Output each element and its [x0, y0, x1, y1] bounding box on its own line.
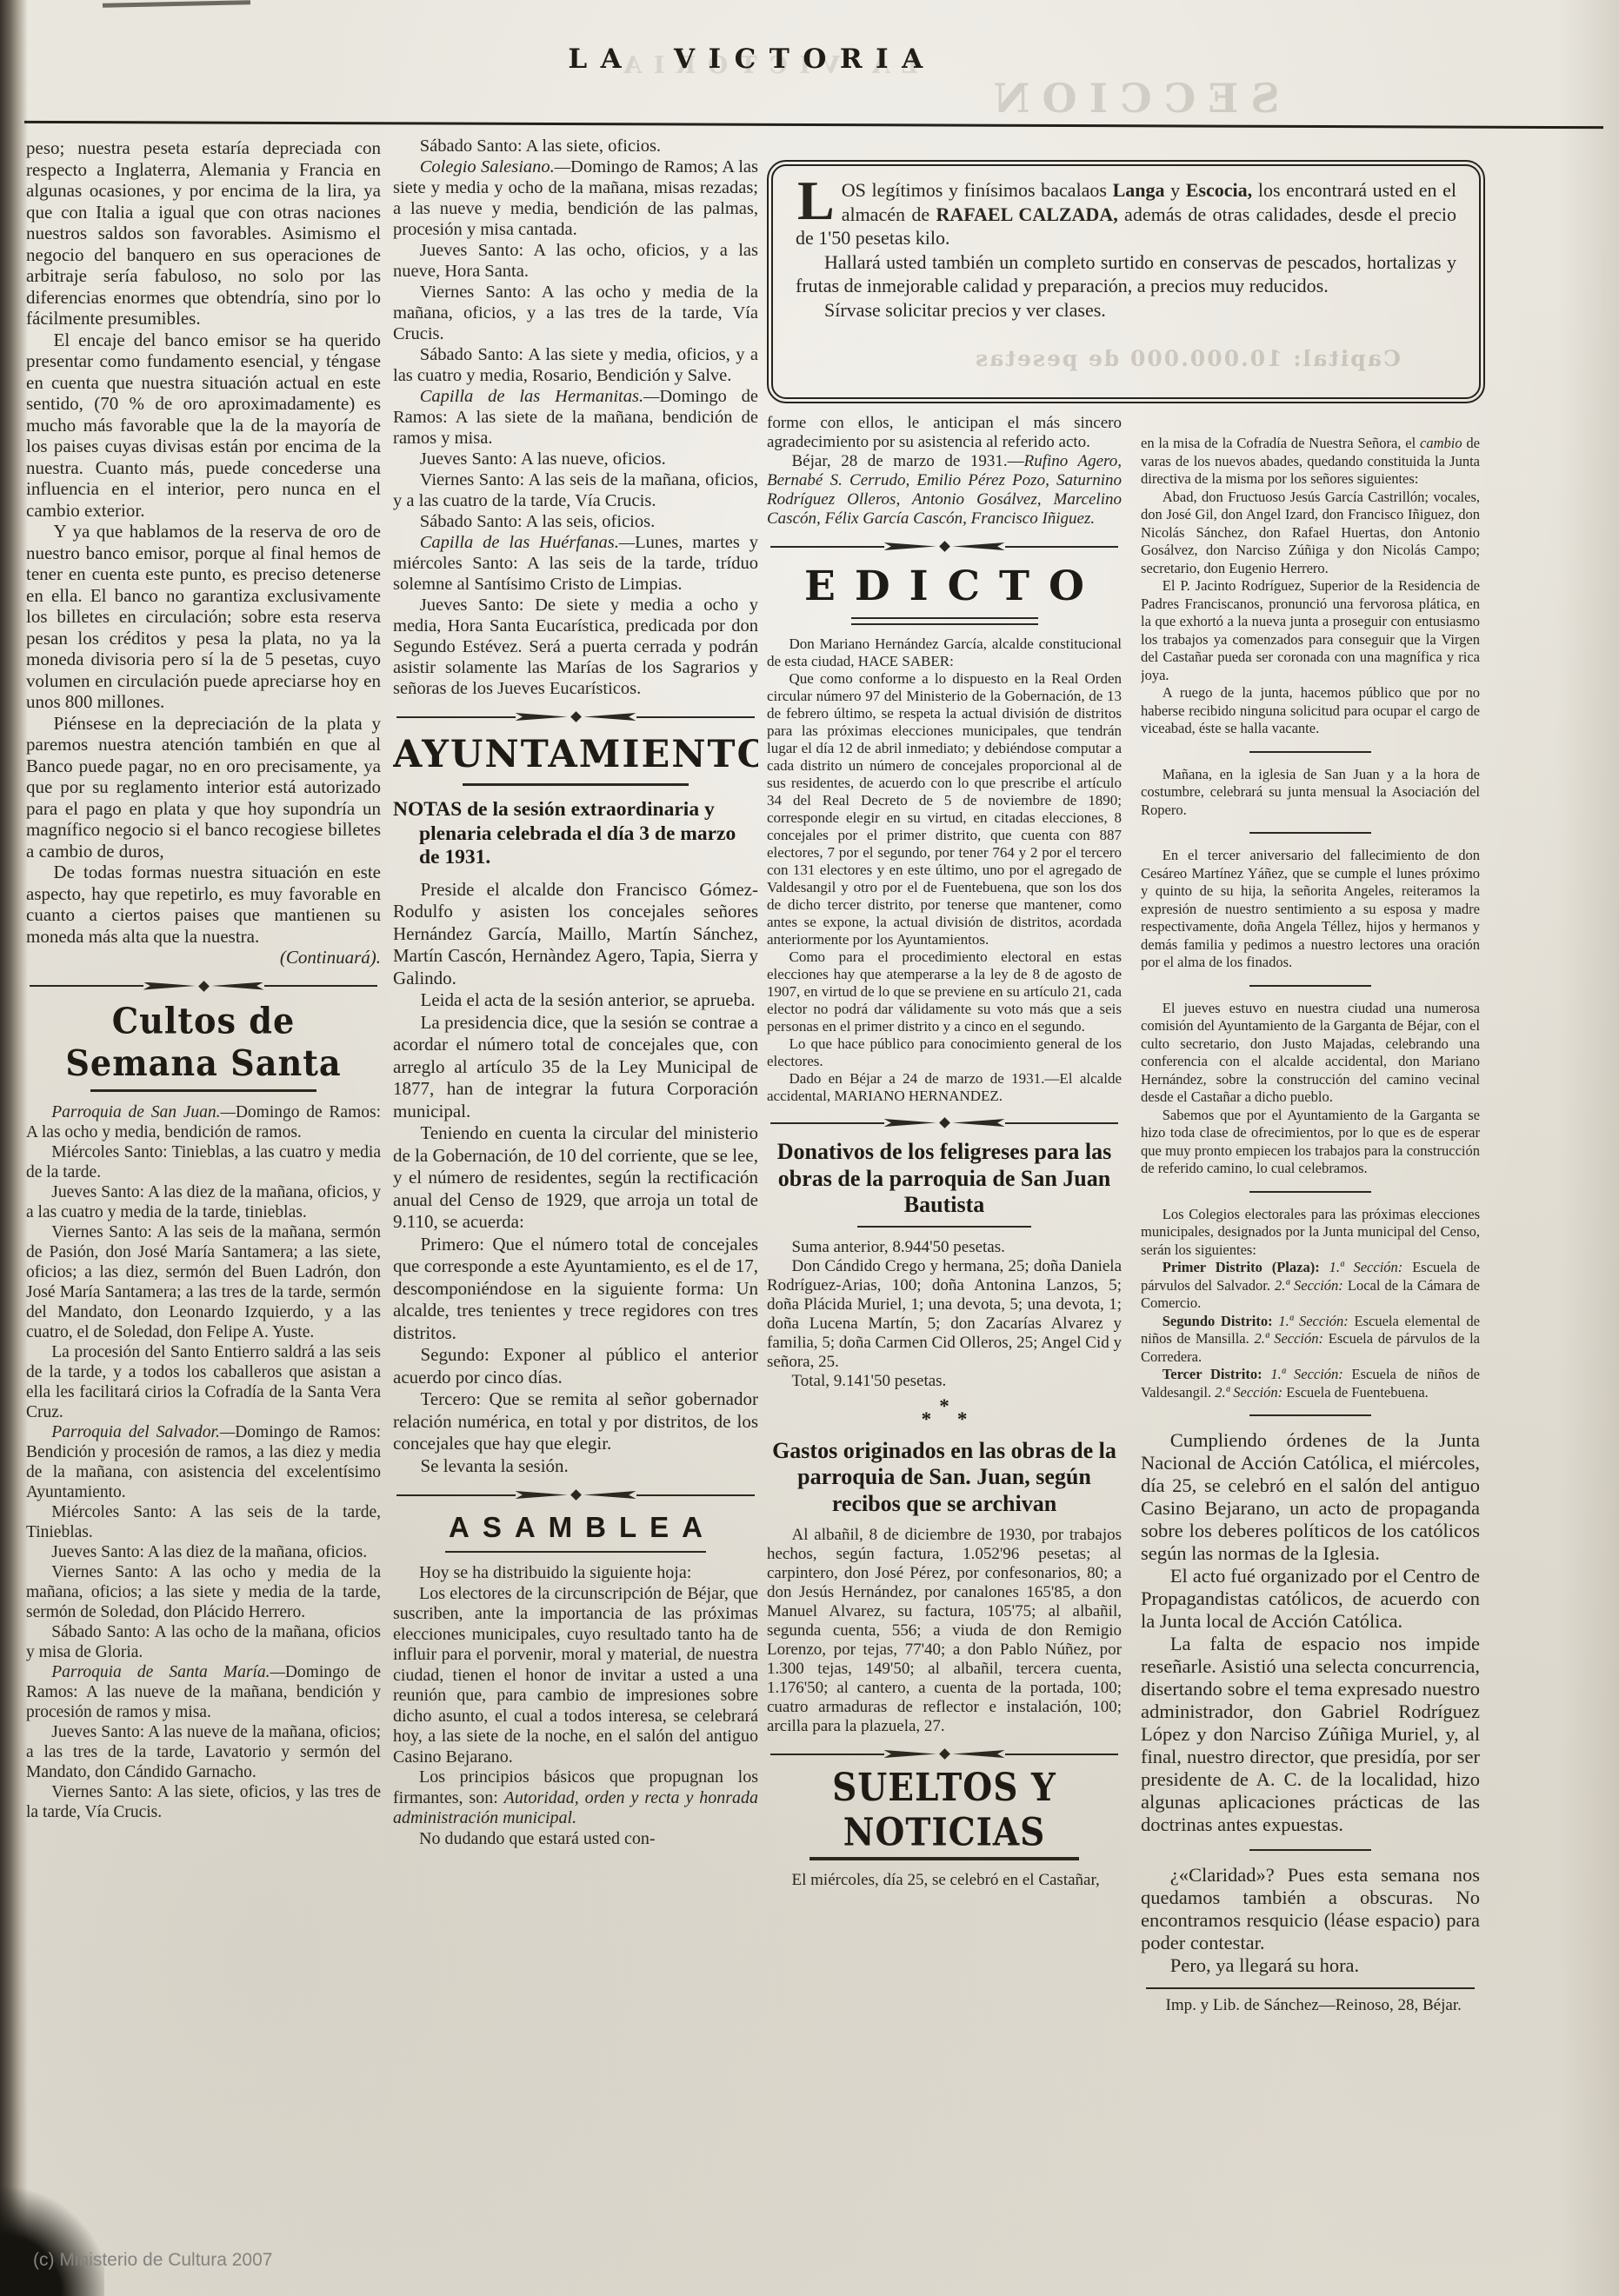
text-run: Lo que hace público para conocimiento ge… [767, 1035, 1122, 1069]
text-run: 1.ª Sección: [1329, 1259, 1413, 1275]
ornament [953, 542, 1005, 550]
paragraph: El acto fué organizado por el Centro de … [1141, 1565, 1480, 1633]
paragraph: Segundo Distrito: 1.ª Sección: Escuela e… [1141, 1313, 1480, 1367]
paragraph: Y ya que hablamos de la reserva de oro d… [26, 521, 381, 713]
text-run: El jueves estuvo en nuestra ciudad una n… [1141, 1000, 1480, 1106]
heading-text: ASAMBLEA [393, 1511, 758, 1544]
text-run: Sábado Santo: A las siete y media, ofici… [393, 345, 758, 385]
ornament [516, 713, 568, 721]
text-run: RAFAEL CALZADA, [936, 203, 1117, 225]
heading-underline [809, 1857, 1079, 1860]
text-run: Jueves Santo: A las diez de la mañana, o… [26, 1183, 381, 1221]
text-run: Piénsese en la depreciación de la plata … [26, 713, 381, 862]
text-run: Los Colegios electorales para las próxim… [1141, 1206, 1480, 1258]
text-run: Y ya que hablamos de la reserva de oro d… [26, 521, 381, 712]
heading-gastos: Gastos originados en las obras de la par… [767, 1438, 1122, 1518]
paragraph: Capilla de las Hermanitas.—Domingo de Ra… [393, 386, 758, 449]
heading-asamblea: ASAMBLEA [393, 1511, 758, 1553]
ornament [939, 1117, 950, 1128]
paragraph: Viernes Santo: A las seis de la mañana, … [26, 1222, 381, 1342]
text-run: La procesión del Santo Entierro saldrá a… [26, 1343, 381, 1421]
text-run: Capilla de las Huérfanas.— [420, 533, 635, 552]
text-run: Imp. y Lib. de Sánchez—Reinoso, 28, Béja… [1166, 1996, 1462, 2014]
text-run: Preside el alcalde don Francisco Gómez-R… [393, 879, 758, 988]
ornament-divider [396, 1491, 755, 1499]
paragraph: El miércoles, día 25, se celebró en el C… [767, 1871, 1122, 1890]
paragraph: (Continuará). [26, 947, 381, 968]
paragraph: Los Colegios electorales para las próxim… [1141, 1206, 1480, 1260]
text-run: Tercer Distrito: [1163, 1366, 1271, 1382]
heading-cultos: Cultos de Semana Santa [26, 1002, 381, 1092]
column-3: forme con ellos, le anticipan el más sin… [767, 414, 1122, 2262]
text-run: El encaje del banco emisor se ha querido… [26, 329, 381, 521]
newspaper-scan-page: { "masthead": { "title": "LA VICTORIA" }… [0, 0, 1619, 2296]
paragraph: El jueves estuvo en nuestra ciudad una n… [1141, 1000, 1480, 1107]
paragraph: Parroquia de Santa María.—Domingo de Ram… [26, 1662, 381, 1722]
ornament [212, 982, 264, 990]
text-run: El P. Jacinto Rodríguez, Superior de la … [1141, 577, 1480, 683]
paragraph: Los electores de la circunscripción de B… [393, 1584, 758, 1768]
masthead-rule [24, 121, 1603, 129]
asterism: ** * [767, 1400, 1122, 1426]
heading-text: NOTAS de la sesión extraordinaria y plen… [393, 798, 758, 870]
text-run: 2.ª Sección: [1215, 1384, 1286, 1401]
section-rule [1249, 985, 1371, 987]
ornament [570, 1489, 582, 1501]
paragraph: La falta de espacio nos impide reseñarle… [1141, 1633, 1480, 1836]
text-run: Escuela de Fuentebuena. [1286, 1384, 1429, 1401]
paragraph: Parroquia de San Juan.—Domingo de Ramos:… [26, 1102, 381, 1142]
bleedthrough-section-text: SECCION [826, 75, 1435, 122]
text-run: Viernes Santo: A las ocho y media de la … [393, 283, 758, 343]
paragraph: En el tercer aniversario del fallecimien… [1141, 847, 1480, 972]
paragraph: Miércoles Santo: Tinieblas, a las cuatro… [26, 1142, 381, 1182]
text-run: Parroquia del Salvador.— [51, 1423, 235, 1441]
paragraph: Béjar, 28 de marzo de 1931.—Rufino Agero… [767, 452, 1122, 529]
paragraph: Jueves Santo: A las ocho, oficios, y a l… [393, 240, 758, 282]
text-run: Viernes Santo: A las siete, oficios, y l… [26, 1783, 381, 1821]
text-run: y [1165, 179, 1186, 201]
paragraph: Jueves Santo: A las diez de la mañana, o… [26, 1182, 381, 1222]
paragraph: Segundo: Exponer al público el anterior … [393, 1344, 758, 1388]
paragraph: Hoy se ha distribuido la siguiente hoja: [393, 1563, 758, 1584]
ornament [1005, 1122, 1119, 1124]
text-run: La presidencia dice, que la sesión se co… [393, 1012, 758, 1121]
heading-underline [857, 1226, 1031, 1228]
paragraph: Se levanta la sesión. [393, 1455, 758, 1478]
paragraph: No dudando que estará usted con- [393, 1829, 758, 1850]
paragraph: Capilla de las Huérfanas.—Lunes, martes … [393, 532, 758, 595]
paragraph: Los principios básicos que propugnan los… [393, 1767, 758, 1829]
heading-text: AYUNTAMIENTO [393, 733, 758, 776]
text-run: Se levanta la sesión. [421, 1455, 569, 1476]
paragraph: Preside el alcalde don Francisco Gómez-R… [393, 879, 758, 990]
paragraph: El P. Jacinto Rodríguez, Superior de la … [1141, 577, 1480, 684]
paragraph: Primer Distrito (Plaza): 1.ª Sección: Es… [1141, 1259, 1480, 1313]
paragraph: Leida el acta de la sesión anterior, se … [393, 989, 758, 1012]
paragraph: Piénsese en la depreciación de la plata … [26, 713, 381, 862]
text-run: (Continuará). [280, 947, 381, 968]
paragraph: peso; nuestra peseta estaría depreciada … [26, 137, 381, 329]
ad-line: Hallará usted también un completo surtid… [796, 250, 1456, 298]
text-run: en la misa de la Cofradía de Nuestra Señ… [1141, 435, 1420, 451]
text-run: Sábado Santo: A las seis, oficios. [420, 512, 655, 531]
paragraph: La procesión del Santo Entierro saldrá a… [26, 1342, 381, 1422]
text-run: Viernes Santo: A las seis de la mañana, … [26, 1223, 381, 1341]
ornament-divider [770, 542, 1118, 550]
paragraph: Tercero: Que se remita al señor gobernad… [393, 1388, 758, 1455]
book-spine-shadow [0, 0, 28, 2296]
text-run: Segundo: Exponer al público el anterior … [393, 1344, 758, 1388]
subheading-notas: NOTAS de la sesión extraordinaria y plen… [393, 798, 758, 870]
text-run: Parroquia de San Juan.— [51, 1103, 236, 1121]
text-run: Pero, ya llegará su hora. [1170, 1954, 1359, 1976]
text-run: Teniendo en cuenta la circular del minis… [393, 1122, 758, 1232]
text-run: Parroquia de Santa María.— [51, 1663, 285, 1681]
ornament [953, 1750, 1005, 1758]
text-run: El acto fué organizado por el Centro de … [1141, 1565, 1480, 1632]
text-run: Jueves Santo: A las nueve de la mañana, … [26, 1723, 381, 1781]
text-run: 2.ª Sección: [1255, 1330, 1329, 1347]
text-run: 2.ª Sección: [1275, 1277, 1348, 1294]
text-run: Primero: Que el número total de concejal… [393, 1234, 758, 1343]
paragraph: Al albañil, 8 de diciembre de 1930, por … [767, 1526, 1122, 1736]
advertisement-rafael-calzada: LOS legítimos y finísimos bacalaos Langa… [767, 160, 1485, 403]
text-run: Que como conforme a lo dispuesto en la R… [767, 670, 1122, 948]
text-run: Escocia, [1186, 179, 1252, 201]
text-run: Leida el acta de la sesión anterior, se … [421, 989, 756, 1010]
text-run: Como para el procedimiento electoral en … [767, 948, 1122, 1035]
paragraph: Sábado Santo: A las siete, oficios. [393, 136, 758, 156]
text-run: Total, 9.141'50 pesetas. [792, 1372, 947, 1390]
paragraph: Viernes Santo: A las siete, oficios, y l… [26, 1782, 381, 1822]
paragraph: ¿«Claridad»? Pues esta semana nos quedam… [1141, 1864, 1480, 1954]
ornament [396, 1494, 516, 1496]
ornament [770, 1122, 884, 1124]
ornament [884, 542, 936, 550]
heading-donativos: Donativos de los feligreses para las obr… [767, 1139, 1122, 1228]
text-run: cambio [1420, 435, 1462, 451]
paragraph: Don Cándido Crego y hermana, 25; doña Da… [767, 1257, 1122, 1372]
column-1: peso; nuestra peseta estaría depreciada … [26, 137, 381, 2250]
ornament [198, 981, 210, 992]
text-run: Suma anterior, 8.944'50 pesetas. [792, 1238, 1005, 1256]
text-run: Sírvase solicitar precios y ver clases. [824, 299, 1106, 321]
heading-text: Gastos originados en las obras de la par… [767, 1438, 1122, 1518]
text-run: Miércoles Santo: Tinieblas, a las cuatro… [26, 1143, 381, 1181]
section-rule [1249, 832, 1371, 834]
text-run: Jueves Santo: A las ocho, oficios, y a l… [393, 241, 758, 281]
paragraph: Lo que hace público para conocimiento ge… [767, 1035, 1122, 1070]
paragraph: Suma anterior, 8.944'50 pesetas. [767, 1238, 1122, 1257]
heading-underline [463, 783, 689, 786]
text-run: ¿«Claridad»? Pues esta semana nos quedam… [1141, 1864, 1480, 1953]
text-run: La falta de espacio nos impide reseñarle… [1141, 1633, 1480, 1835]
paragraph: A ruego de la junta, hacemos público que… [1141, 684, 1480, 738]
imprint-rule [1146, 1987, 1475, 1989]
ornament [584, 713, 636, 721]
text-run: peso; nuestra peseta estaría depreciada … [26, 137, 381, 329]
ad-line: LOS legítimos y finísimos bacalaos Langa… [796, 178, 1456, 250]
text-run: OS legítimos y finísimos bacalaos [842, 179, 1113, 201]
heading-text: EDICTO [767, 562, 1122, 610]
text-run: Jueves Santo: A las diez de la mañana, o… [51, 1543, 367, 1561]
ornament-divider [396, 713, 755, 721]
heading-text: SUELTOS Y NOTICIAS [767, 1765, 1122, 1854]
heading-underline [90, 1089, 316, 1092]
ornament [939, 541, 950, 552]
heading-sueltos: SUELTOS Y NOTICIAS [767, 1770, 1122, 1860]
ornament-divider [770, 1750, 1118, 1758]
text-run: Sabemos que por el Ayuntamiento de la Ga… [1141, 1107, 1480, 1177]
ornament [884, 1119, 936, 1127]
text-run: Tercero: Que se remita al señor gobernad… [393, 1388, 758, 1454]
ad-line: Sírvase solicitar precios y ver clases. [796, 298, 1456, 323]
text-run: Dado en Béjar a 24 de marzo de 1931.—El … [767, 1070, 1122, 1104]
paragraph: Primero: Que el número total de concejal… [393, 1234, 758, 1345]
section-rule [1249, 1414, 1371, 1416]
text-run: Capilla de las Hermanitas.— [420, 387, 660, 406]
ornament [264, 985, 378, 987]
text-run: Don Cándido Crego y hermana, 25; doña Da… [767, 1257, 1122, 1371]
paragraph: Jueves Santo: A las diez de la mañana, o… [26, 1542, 381, 1562]
text-run: Béjar, 28 de marzo de 1931.— [792, 452, 1024, 470]
paragraph: De todas formas nuestra situación en est… [26, 862, 381, 947]
heading-text: Cultos de Semana Santa [30, 1000, 377, 1085]
heading-ayuntamiento: AYUNTAMIENTO [393, 733, 758, 786]
text-run: Al albañil, 8 de diciembre de 1930, por … [767, 1526, 1122, 1735]
ornament [516, 1491, 568, 1499]
ornament [1005, 546, 1119, 548]
text-run: Segundo Distrito: [1163, 1313, 1279, 1329]
text-run: Hallará usted también un completo surtid… [796, 251, 1456, 297]
ornament [396, 716, 516, 718]
paragraph: forme con ellos, le anticipan el más sin… [767, 414, 1122, 452]
column-4: en la misa de la Cofradía de Nuestra Señ… [1141, 435, 1480, 2250]
imprint-line: Imp. y Lib. de Sánchez—Reinoso, 28, Béja… [1141, 1996, 1480, 2015]
section-rule [1249, 1191, 1371, 1193]
paragraph: Jueves Santo: A las nueve, oficios. [393, 449, 758, 469]
text-run: 1.ª Sección: [1270, 1366, 1351, 1382]
paragraph: Que como conforme a lo dispuesto en la R… [767, 670, 1122, 948]
paragraph: Jueves Santo: De siete y media a ocho y … [393, 595, 758, 699]
paragraph: Dado en Béjar a 24 de marzo de 1931.—El … [767, 1070, 1122, 1105]
paragraph: Don Mariano Hernández García, alcalde co… [767, 636, 1122, 670]
paragraph: Como para el procedimiento electoral en … [767, 948, 1122, 1035]
text-run: El miércoles, día 25, se celebró en el C… [792, 1871, 1100, 1889]
paragraph: Teniendo en cuenta la circular del minis… [393, 1122, 758, 1234]
ornament [770, 1754, 884, 1755]
ornament [636, 1494, 756, 1496]
paragraph: Viernes Santo: A las ocho y media de la … [393, 282, 758, 344]
text-run: L [796, 178, 842, 222]
asterism-line: * * [767, 1413, 1122, 1426]
text-run: 1.ª Sección: [1278, 1313, 1354, 1329]
ornament [953, 1119, 1005, 1127]
paragraph: Tercer Distrito: 1.ª Sección: Escuela de… [1141, 1366, 1480, 1401]
heading-text: Donativos de los feligreses para las obr… [767, 1139, 1122, 1219]
ornament-divider [30, 982, 377, 990]
paragraph: Viernes Santo: A las seis de la mañana, … [393, 469, 758, 511]
text-run: Sábado Santo: A las ocho de la mañana, o… [26, 1623, 381, 1661]
text-run: Sábado Santo: A las siete, oficios. [420, 136, 661, 156]
ornament [770, 546, 884, 548]
ornament [570, 711, 582, 722]
paragraph: Miércoles Santo: A las seis de la tarde,… [26, 1502, 381, 1542]
text-run: Don Mariano Hernández García, alcalde co… [767, 636, 1122, 669]
ornament [884, 1750, 936, 1758]
ornament [584, 1491, 636, 1499]
paragraph: Total, 9.141'50 pesetas. [767, 1372, 1122, 1391]
text-run: Viernes Santo: A las seis de la mañana, … [393, 470, 758, 510]
text-run: forme con ellos, le anticipan el más sin… [767, 414, 1122, 451]
paragraph: La presidencia dice, que la sesión se co… [393, 1012, 758, 1123]
ornament [636, 716, 756, 718]
text-run: Abad, don Fructuoso Jesús García Castril… [1141, 489, 1480, 576]
text-run: Jueves Santo: A las nueve, oficios. [420, 449, 666, 469]
text-run: Langa [1113, 179, 1165, 201]
ornament [939, 1748, 950, 1760]
text-run: Colegio Salesiano.— [420, 157, 570, 176]
text-run: No dudando que estará usted con- [419, 1829, 656, 1848]
section-rule [1249, 1849, 1371, 1851]
paragraph: Sábado Santo: A las siete y media, ofici… [393, 344, 758, 386]
heading-underline [445, 1551, 706, 1553]
masthead-title: LA VICTORIA [22, 43, 1482, 75]
text-run: Viernes Santo: A las ocho y media de la … [26, 1563, 381, 1621]
text-run: A ruego de la junta, hacemos público que… [1141, 684, 1480, 736]
paragraph: Sábado Santo: A las seis, oficios. [393, 511, 758, 532]
paragraph: Pero, ya llegará su hora. [1141, 1954, 1480, 1977]
text-run: De todas formas nuestra situación en est… [26, 862, 381, 947]
column-2: Sábado Santo: A las siete, oficios.Coleg… [393, 136, 758, 2257]
ornament-divider [770, 1119, 1118, 1127]
text-run: Jueves Santo: De siete y media a ocho y … [393, 596, 758, 698]
text-run: Miércoles Santo: A las seis de la tarde,… [26, 1503, 381, 1541]
heading-edicto: EDICTO [767, 562, 1122, 625]
paragraph: Mañana, en la iglesia de San Juan y a la… [1141, 766, 1480, 820]
scan-streak [103, 0, 250, 8]
paragraph: El encaje del banco emisor se ha querido… [26, 329, 381, 522]
paragraph: Colegio Salesiano.—Domingo de Ramos; A l… [393, 156, 758, 240]
text-run: Los electores de la circunscripción de B… [393, 1584, 758, 1767]
digitization-copyright: (c) Ministerio de Cultura 2007 [33, 2250, 272, 2271]
paragraph: Viernes Santo: A las ocho y media de la … [26, 1562, 381, 1622]
ornament [1005, 1754, 1119, 1755]
paragraph: Parroquia del Salvador.—Domingo de Ramos… [26, 1422, 381, 1502]
ornament [30, 985, 143, 987]
paragraph: Sabemos que por el Ayuntamiento de la Ga… [1141, 1107, 1480, 1178]
paragraph: en la misa de la Cofradía de Nuestra Señ… [1141, 435, 1480, 489]
paragraph: Sábado Santo: A las ocho de la mañana, o… [26, 1622, 381, 1662]
text-run: Primer Distrito (Plaza): [1163, 1259, 1329, 1275]
paragraph: Abad, don Fructuoso Jesús García Castril… [1141, 489, 1480, 578]
ornament [143, 982, 196, 990]
heading-underline [851, 617, 1038, 625]
text-run: En el tercer aniversario del fallecimien… [1141, 847, 1480, 970]
text-run: Cumpliendo órdenes de la Junta Nacional … [1141, 1429, 1480, 1564]
section-rule [1249, 751, 1371, 753]
paragraph: Cumpliendo órdenes de la Junta Nacional … [1141, 1429, 1480, 1565]
paragraph: Jueves Santo: A las nueve de la mañana, … [26, 1722, 381, 1782]
text-run: Mañana, en la iglesia de San Juan y a la… [1141, 766, 1480, 818]
text-run: Hoy se ha distribuido la siguiente hoja: [419, 1563, 691, 1582]
